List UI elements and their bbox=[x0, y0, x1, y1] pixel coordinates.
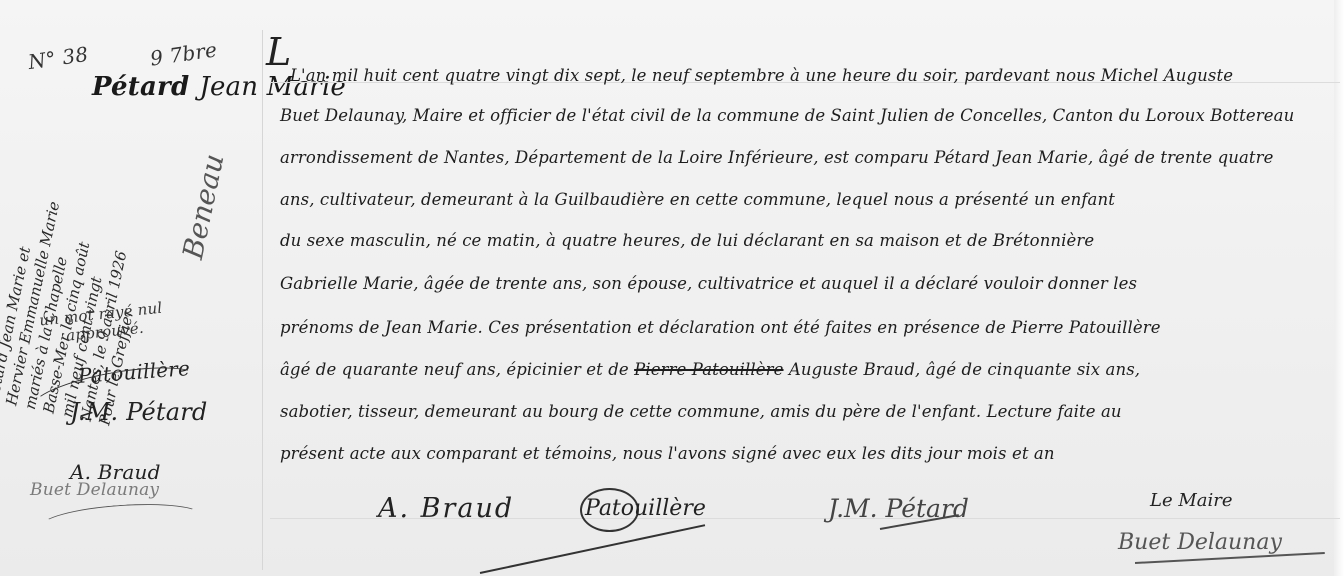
body-line-text: Auguste Braud, âgé de cinquante six ans, bbox=[784, 360, 1141, 379]
child-surname: Pétard bbox=[92, 72, 189, 102]
body-line: ans, cultivateur, demeurant à la Guilbau… bbox=[280, 190, 1115, 209]
signature-patouillere: Patouillère bbox=[585, 496, 706, 521]
signature-flourish bbox=[39, 499, 203, 542]
signature-braud: A. Braud bbox=[378, 493, 514, 524]
body-line: Buet Delaunay, Maire et officier de l'ét… bbox=[280, 106, 1294, 125]
maire-label: Le Maire bbox=[1150, 490, 1233, 511]
signature-petard: J.M. Pétard bbox=[828, 494, 969, 523]
body-line: L'an mil huit cent quatre vingt dix sept… bbox=[290, 66, 1233, 85]
marginal-clerk-signature: Beneau bbox=[176, 151, 230, 262]
register-page: N° 38 9 7bre PétardJean Marie Pétard Jea… bbox=[0, 0, 1344, 576]
signature-maire: Buet Delaunay bbox=[1118, 530, 1282, 555]
act-date: 9 7bre bbox=[149, 37, 219, 70]
page-edge bbox=[1334, 0, 1344, 576]
body-line: présent acte aux comparant et témoins, n… bbox=[280, 444, 1055, 463]
struck-word: Pierre Patouillère bbox=[634, 360, 783, 379]
body-line: prénoms de Jean Marie. Ces présentation … bbox=[280, 318, 1161, 337]
body-line: arrondissement de Nantes, Département de… bbox=[280, 148, 1274, 167]
margin-signature-delaunay: Buet Delaunay bbox=[30, 480, 159, 500]
body-line: sabotier, tisseur, demeurant au bourg de… bbox=[280, 402, 1122, 421]
paragraph-mark: L bbox=[266, 30, 291, 74]
body-line: du sexe masculin, né ce matin, à quatre … bbox=[280, 231, 1094, 250]
signature-underline bbox=[480, 524, 705, 574]
body-line-text: âgé de quarante neuf ans, épicinier et d… bbox=[280, 360, 629, 379]
act-number: N° 38 bbox=[27, 42, 90, 74]
body-line: âgé de quarante neuf ans, épicinier et d… bbox=[280, 360, 1140, 379]
body-line: Gabrielle Marie, âgée de trente ans, son… bbox=[280, 274, 1137, 293]
margin-signature-petard: J.M. Pétard bbox=[70, 398, 207, 426]
margin-divider bbox=[262, 30, 263, 570]
